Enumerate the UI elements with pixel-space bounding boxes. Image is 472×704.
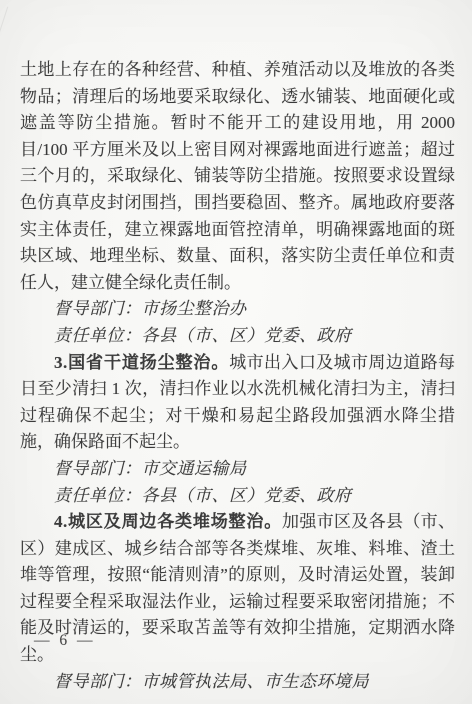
document-content: 土地上存在的各种经营、种植、养殖活动以及堆放的各类物品；清理后的场地要采取绿化、… <box>20 57 455 695</box>
item-3-paragraph: 3.国省干道扬尘整治。城市出入口及城市周边道路每日至少清扫 1 次，清扫作业以水… <box>20 350 455 456</box>
supervisor-line-dust-office: 督导部门：市扬尘整治办 <box>20 296 455 323</box>
responsible-line-2: 责任单位：各县（市、区）党委、政府 <box>20 483 455 510</box>
continued-paragraph: 土地上存在的各种经营、种植、养殖活动以及堆放的各类物品；清理后的场地要采取绿化、… <box>20 57 455 296</box>
page-number: — 6 — <box>34 632 96 650</box>
item-4-heading: 4.城区及周边各类堆场整治。 <box>54 512 282 531</box>
supervisor-line-transport: 督导部门：市交通运输局 <box>20 456 455 483</box>
supervisor-line-urban-management: 督导部门：市城管执法局、市生态环境局 <box>20 669 455 696</box>
scan-artifact-streak <box>0 7 8 40</box>
item-3-heading: 3.国省干道扬尘整治。 <box>54 353 229 372</box>
scan-artifact-smudge <box>290 672 316 681</box>
document-page: 土地上存在的各种经营、种植、养殖活动以及堆放的各类物品；清理后的场地要采取绿化、… <box>0 0 472 704</box>
responsible-line-1: 责任单位：各县（市、区）党委、政府 <box>20 323 455 350</box>
